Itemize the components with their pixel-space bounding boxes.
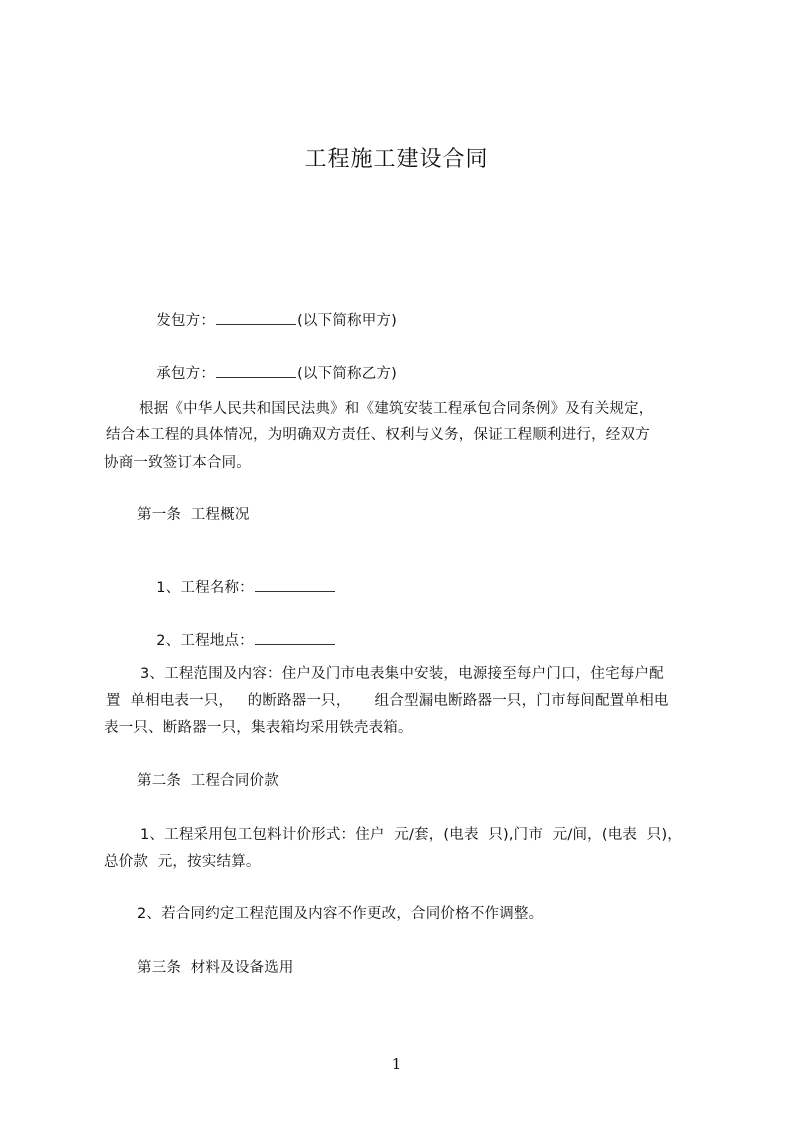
project-location-blank[interactable] [255, 632, 335, 645]
article-1-item-3-line-2: 置 单相电表一只， 的断路器一只， 组合型漏电断路器一只，门市每间配置单相电 [106, 691, 669, 711]
page-number: 1 [0, 1055, 793, 1073]
party-b-suffix: (以下简称乙方) [297, 366, 397, 382]
article-2-item-2: 2、若合同约定工程范围及内容不作更改，合同价格不作调整。 [137, 904, 543, 924]
project-name-blank[interactable] [255, 579, 335, 592]
preamble-line-3: 协商一致签订本合同。 [104, 453, 251, 473]
party-a-line: 发包方：(以下简称甲方) [137, 291, 397, 351]
party-b-blank[interactable] [216, 365, 296, 378]
article-1-heading: 第一条 工程概况 [137, 505, 250, 525]
article-2-heading: 第二条 工程合同价款 [137, 771, 279, 791]
project-name-label: 1、工程名称： [156, 580, 254, 596]
article-2-item-1-line-1: 1、工程采用包工包料计价形式：住户 元/套，(电表 只),门市 元/间，(电表 … [140, 825, 682, 845]
article-3-heading: 第三条 材料及设备选用 [137, 958, 294, 978]
party-b-line: 承包方：(以下简称乙方) [137, 344, 397, 404]
document-title: 工程施工建设合同 [0, 142, 793, 173]
article-1-item-1: 1、工程名称： [137, 558, 336, 618]
article-1-item-3-line-3: 表一只、断路器一只，集表箱均采用铁壳表箱。 [104, 718, 413, 738]
party-a-label: 发包方： [156, 313, 215, 329]
article-1-item-3-line-1: 3、工程范围及内容：住户及门市电表集中安装，电源接至每户门口，住宅每户配 [140, 664, 664, 684]
article-2-item-1-line-2: 总价款 元，按实结算。 [104, 852, 261, 872]
article-1-item-2: 2、工程地点： [137, 611, 336, 671]
party-a-blank[interactable] [216, 312, 296, 325]
preamble-line-1: 根据《中华人民共和国民法典》和《建筑安装工程承包合同条例》及有关规定， [139, 399, 654, 419]
preamble-line-2: 结合本工程的具体情况，为明确双方责任、权利与义务，保证工程顺利进行，经双方 [106, 425, 650, 445]
party-b-label: 承包方： [156, 366, 215, 382]
party-a-suffix: (以下简称甲方) [297, 313, 397, 329]
project-location-label: 2、工程地点： [156, 633, 254, 649]
